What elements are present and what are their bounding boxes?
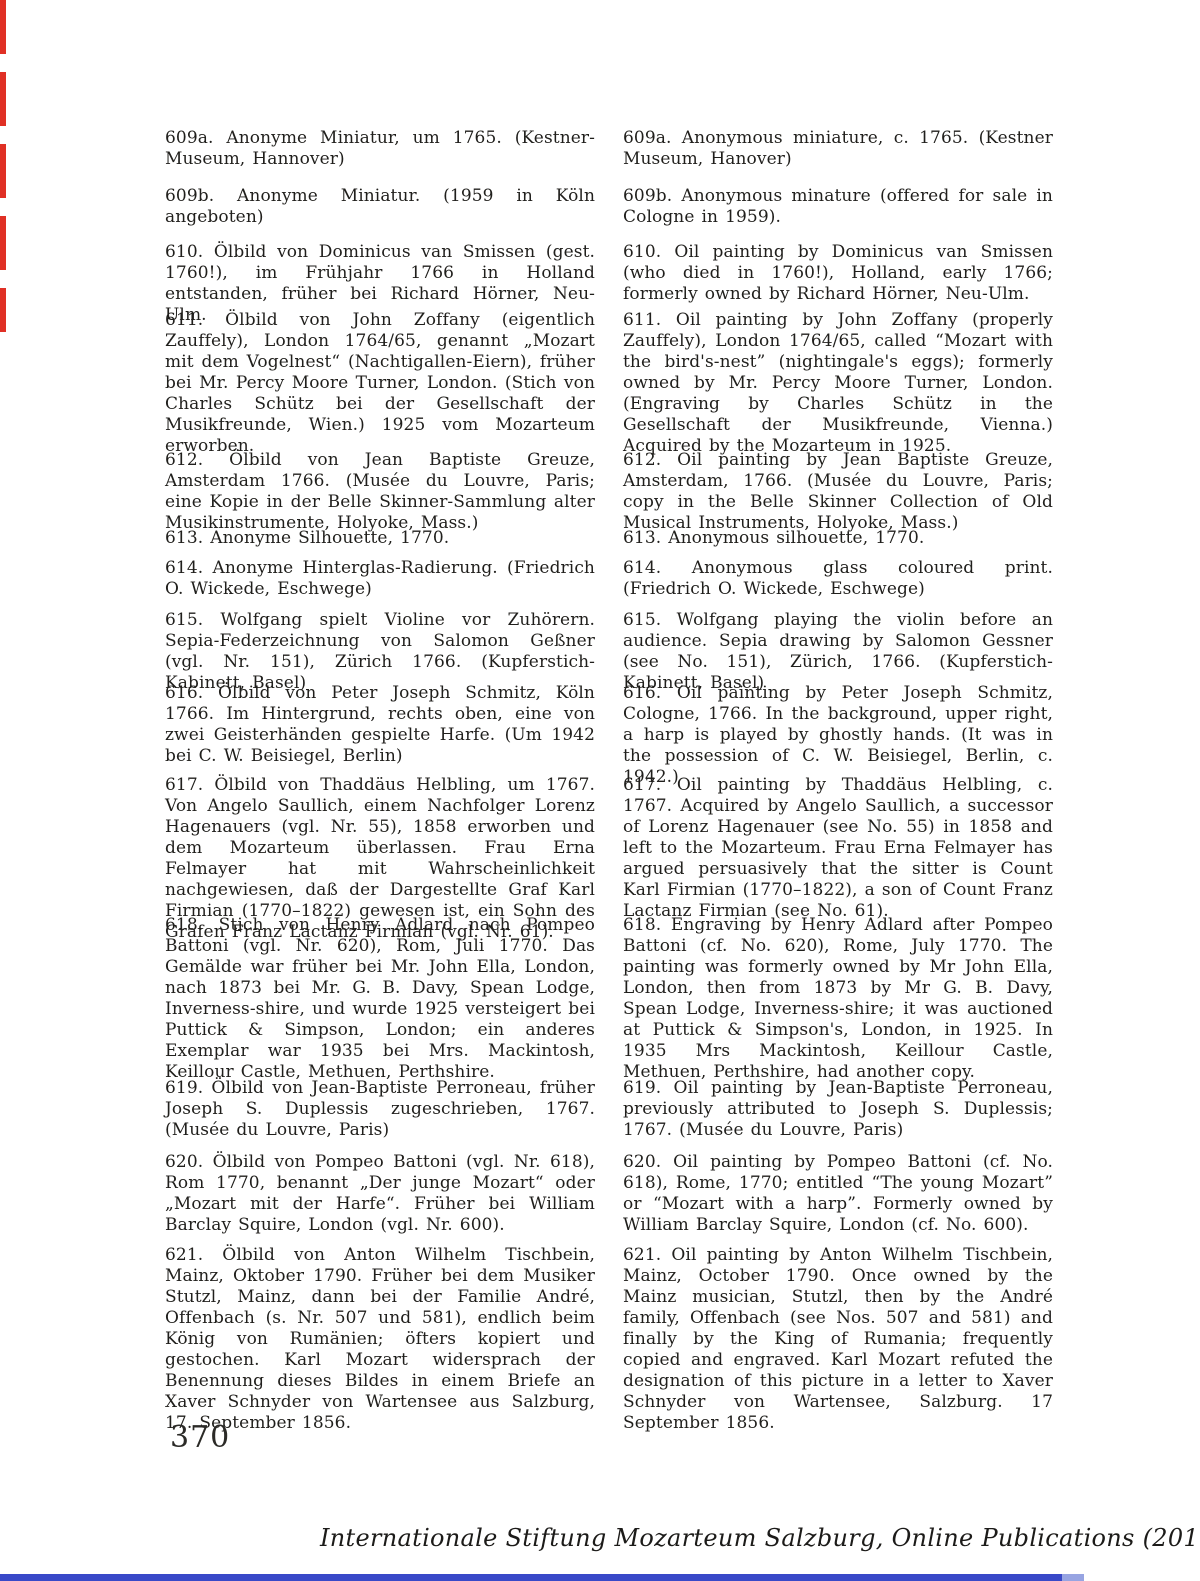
catalog-entry-row-618: 618. Stich von Henry Adlard nach Pompeo … <box>165 915 1053 1083</box>
entry-621-german: 621. Ölbild von Anton Wilhelm Tischbein,… <box>165 1245 595 1434</box>
entry-616-english: 616. Oil painting by Peter Joseph Schmit… <box>623 683 1053 788</box>
entry-621-english: 621. Oil painting by Anton Wilhelm Tisch… <box>623 1245 1053 1434</box>
catalog-entry-row-616: 616. Ölbild von Peter Joseph Schmitz, Kö… <box>165 683 1053 788</box>
catalog-entry-row-611: 611. Ölbild von John Zoffany (eigentlich… <box>165 310 1053 457</box>
page-number: 370 <box>170 1420 230 1455</box>
entry-618-english: 618. Engraving by Henry Adlard after Pom… <box>623 915 1053 1083</box>
left-edge-red-scan-marks <box>0 0 6 332</box>
catalog-entry-row-613: 613. Anonyme Silhouette, 1770. 613. Anon… <box>165 528 1053 549</box>
entry-613-english: 613. Anonymous silhouette, 1770. <box>623 528 1053 549</box>
catalog-entry-row-612: 612. Ölbild von Jean Baptiste Greuze, Am… <box>165 450 1053 534</box>
entry-616-german: 616. Ölbild von Peter Joseph Schmitz, Kö… <box>165 683 595 788</box>
book-page-scan: { "page": { "number": "370", "footer": "… <box>0 0 1200 1581</box>
catalog-entry-row-609b: 609b. Anonyme Miniatur. (1959 in Köln an… <box>165 186 1053 228</box>
entry-612-german: 612. Ölbild von Jean Baptiste Greuze, Am… <box>165 450 595 534</box>
entry-615-german: 615. Wolfgang spielt Violine vor Zuhörer… <box>165 610 595 694</box>
entry-609a-german: 609a. Anonyme Miniatur, um 1765. (Kestne… <box>165 128 595 170</box>
entry-609a-english: 609a. Anonymous miniature, c. 1765. (Kes… <box>623 128 1053 170</box>
catalog-entry-row-609a: 609a. Anonyme Miniatur, um 1765. (Kestne… <box>165 128 1053 170</box>
entry-619-german: 619. Ölbild von Jean-Baptiste Perroneau,… <box>165 1078 595 1141</box>
entry-613-german: 613. Anonyme Silhouette, 1770. <box>165 528 595 549</box>
entry-612-english: 612. Oil painting by Jean Baptiste Greuz… <box>623 450 1053 534</box>
catalog-entry-row-615: 615. Wolfgang spielt Violine vor Zuhörer… <box>165 610 1053 694</box>
entry-615-english: 615. Wolfgang playing the violin before … <box>623 610 1053 694</box>
entry-611-english: 611. Oil painting by John Zoffany (prope… <box>623 310 1053 457</box>
catalog-entry-row-619: 619. Ölbild von Jean-Baptiste Perroneau,… <box>165 1078 1053 1141</box>
catalog-entry-row-621: 621. Ölbild von Anton Wilhelm Tischbein,… <box>165 1245 1053 1434</box>
catalog-entry-row-614: 614. Anonyme Hinterglas-Radierung. (Frie… <box>165 558 1053 600</box>
entry-609b-english: 609b. Anonymous minature (offered for sa… <box>623 186 1053 228</box>
entry-620-german: 620. Ölbild von Pompeo Battoni (vgl. Nr.… <box>165 1152 595 1236</box>
entry-614-english: 614. Anonymous glass coloured print. (Fr… <box>623 558 1053 600</box>
entry-620-english: 620. Oil painting by Pompeo Battoni (cf.… <box>623 1152 1053 1236</box>
entry-618-german: 618. Stich von Henry Adlard nach Pompeo … <box>165 915 595 1083</box>
catalog-entry-row-620: 620. Ölbild von Pompeo Battoni (vgl. Nr.… <box>165 1152 1053 1236</box>
footer-publication-note: Internationale Stiftung Mozarteum Salzbu… <box>320 1524 1200 1552</box>
entry-619-english: 619. Oil painting by Jean-Baptiste Perro… <box>623 1078 1053 1141</box>
entry-614-german: 614. Anonyme Hinterglas-Radierung. (Frie… <box>165 558 595 600</box>
bottom-edge-blue-scan-bar <box>0 1574 1062 1581</box>
entry-609b-german: 609b. Anonyme Miniatur. (1959 in Köln an… <box>165 186 595 228</box>
entry-611-german: 611. Ölbild von John Zoffany (eigentlich… <box>165 310 595 457</box>
bottom-edge-blue-scan-bar-fade <box>1062 1574 1084 1581</box>
